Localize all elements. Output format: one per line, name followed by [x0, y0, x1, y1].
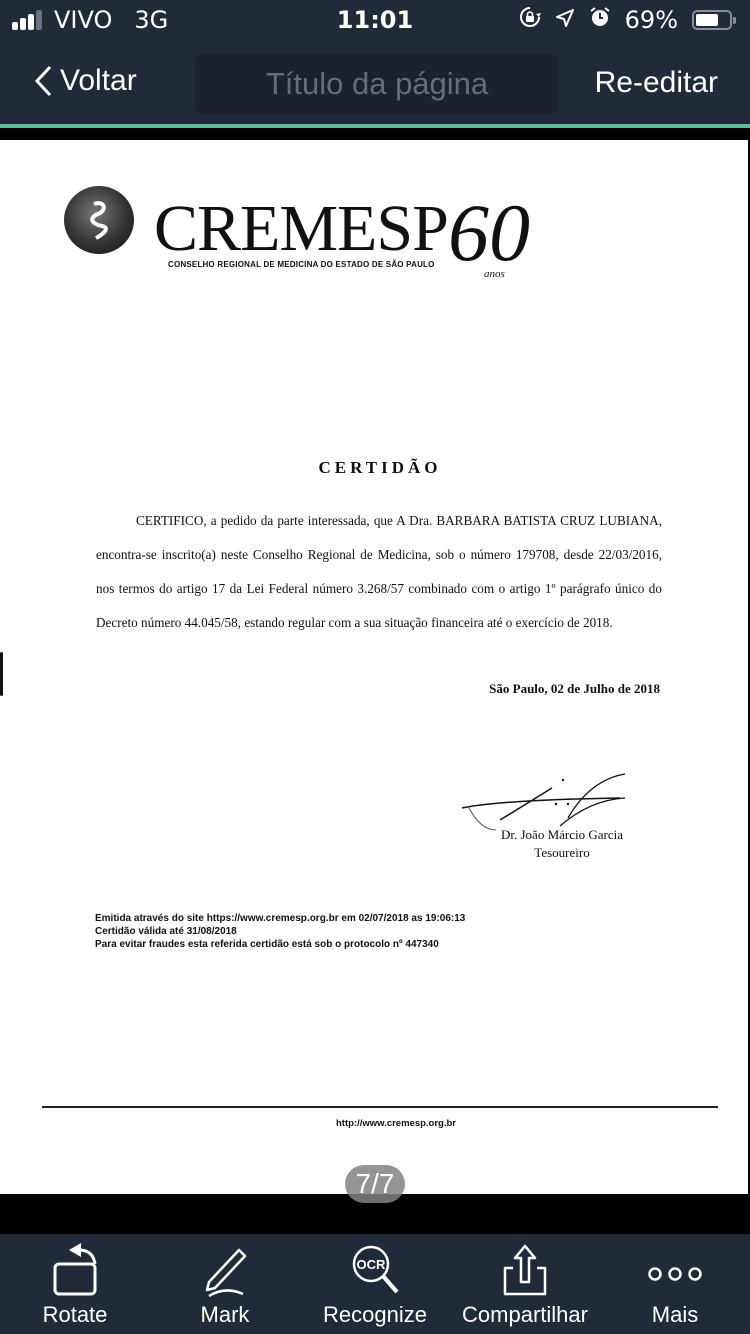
protocol-line: Para evitar fraudes esta referida certid… — [95, 938, 465, 951]
re-edit-button[interactable]: Re-editar — [595, 66, 718, 100]
alarm-icon — [589, 6, 611, 34]
org-full-name: CONSELHO REGIONAL DE MEDICINA DO ESTADO … — [168, 260, 435, 269]
signer-block: Dr. João Márcio Garcia Tesoureiro — [500, 826, 624, 862]
share-label: Compartilhar — [462, 1302, 588, 1328]
certificate-body: CERTIFICO, a pedido da parte interessada… — [96, 504, 662, 640]
share-icon — [490, 1240, 560, 1298]
nav-bar: Voltar Re-editar — [0, 40, 750, 124]
mark-button[interactable]: Mark — [150, 1234, 300, 1334]
location-arrow-icon — [555, 6, 575, 34]
certificate-body-text: CERTIFICO, a pedido da parte interessada… — [96, 513, 662, 630]
share-button[interactable]: Compartilhar — [450, 1234, 600, 1334]
page-indicator: 7/7 — [345, 1165, 405, 1203]
mark-label: Mark — [201, 1302, 250, 1328]
battery-percent: 69% — [625, 6, 678, 34]
recognize-button[interactable]: OCR Recognize — [300, 1234, 450, 1334]
back-button[interactable]: Voltar — [34, 64, 137, 98]
signer-role: Tesoureiro — [500, 844, 624, 862]
rotate-icon — [40, 1240, 110, 1298]
footer-rule — [42, 1106, 718, 1108]
recognize-label: Recognize — [323, 1302, 427, 1328]
accent-divider — [0, 124, 750, 128]
pencil-icon — [190, 1240, 260, 1298]
rotate-label: Rotate — [43, 1302, 108, 1328]
issuance-line: Emitida através do site https://www.crem… — [95, 912, 465, 925]
more-button[interactable]: Mais — [600, 1234, 750, 1334]
ocr-icon: OCR — [340, 1240, 410, 1298]
document-page[interactable]: CREMESP 60 anos CONSELHO REGIONAL DE MED… — [0, 140, 748, 1194]
anniversary-sub: anos — [484, 268, 505, 280]
page-title-input[interactable] — [195, 54, 559, 114]
validity-line: Certidão válida até 31/08/2018 — [95, 925, 465, 938]
rotate-button[interactable]: Rotate — [0, 1234, 150, 1334]
anniversary-number: 60 — [448, 192, 530, 274]
back-label: Voltar — [60, 64, 137, 98]
status-bar: VIVO 3G 11:01 69% — [0, 0, 750, 40]
issuance-info: Emitida através do site https://www.crem… — [95, 912, 465, 951]
scan-artifact — [0, 652, 3, 696]
svg-text:OCR: OCR — [357, 1257, 387, 1272]
footer-url: http://www.cremesp.org.br — [0, 1118, 750, 1129]
cremesp-logo: CREMESP 60 anos CONSELHO REGIONAL DE MED… — [64, 186, 564, 286]
more-icon — [640, 1240, 710, 1298]
org-name: CREMESP — [154, 196, 448, 262]
orientation-lock-icon — [519, 6, 541, 34]
caduceus-emblem-icon — [64, 186, 134, 254]
more-label: Mais — [652, 1302, 698, 1328]
bottom-toolbar: Rotate Mark OCR Recognize Compartilhar M… — [0, 1234, 750, 1334]
signer-name: Dr. João Márcio Garcia — [500, 826, 624, 844]
chevron-left-icon — [34, 65, 52, 97]
city-date: São Paulo, 02 de Julho de 2018 — [489, 681, 660, 697]
document-title: CERTIDÃO — [0, 458, 750, 478]
battery-icon — [692, 10, 732, 30]
